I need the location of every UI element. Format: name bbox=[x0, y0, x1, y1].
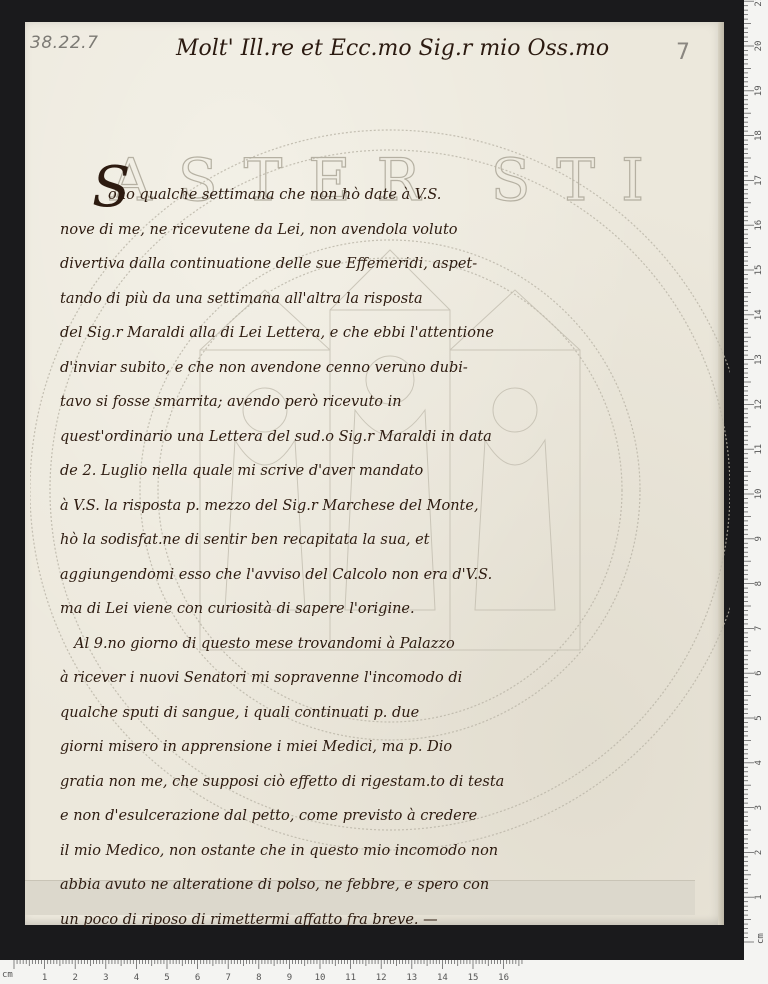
svg-text:18: 18 bbox=[754, 130, 764, 141]
letter-line: quest'ordinario una Lettera del sud.o Si… bbox=[60, 420, 710, 455]
letter-line: qualche sputi di sangue, i quali continu… bbox=[60, 696, 710, 731]
letter-line: Al 9.no giorno di questo mese trovandomi… bbox=[60, 627, 710, 662]
svg-text:20: 20 bbox=[754, 41, 764, 52]
ruler-bottom-ticks: 12345678910111213141516 bbox=[0, 960, 768, 984]
svg-text:11: 11 bbox=[345, 973, 356, 983]
svg-text:16: 16 bbox=[498, 973, 509, 983]
svg-text:6: 6 bbox=[195, 973, 200, 983]
letter-line: tando di più da una settimana all'altra … bbox=[60, 282, 710, 317]
svg-text:8: 8 bbox=[754, 581, 764, 586]
svg-text:11: 11 bbox=[754, 444, 764, 455]
ruler-right-ticks: 123456789101112131415161718192021 bbox=[744, 0, 768, 960]
letter-line: hò la sodisfat.ne di sentir ben recapita… bbox=[60, 523, 710, 558]
svg-text:9: 9 bbox=[754, 536, 764, 541]
svg-text:1: 1 bbox=[42, 973, 47, 983]
letter-line: à V.S. la risposta p. mezzo del Sig.r Ma… bbox=[60, 489, 710, 524]
svg-text:21: 21 bbox=[754, 0, 764, 7]
svg-text:15: 15 bbox=[754, 265, 764, 276]
letter-line: gratia non me, che supposi ciò effetto d… bbox=[60, 765, 710, 800]
svg-text:13: 13 bbox=[406, 973, 417, 983]
svg-text:5: 5 bbox=[754, 715, 764, 720]
ruler-bottom: 12345678910111213141516 bbox=[0, 960, 768, 984]
svg-text:12: 12 bbox=[376, 973, 387, 983]
svg-text:8: 8 bbox=[256, 973, 261, 983]
svg-text:14: 14 bbox=[754, 309, 764, 320]
svg-text:10: 10 bbox=[754, 489, 764, 500]
svg-text:19: 19 bbox=[754, 85, 764, 96]
svg-text:2: 2 bbox=[72, 973, 77, 983]
letter-line: divertiva dalla continuatione delle sue … bbox=[60, 247, 710, 282]
letter-line: tavo si fosse smarrita; avendo però rice… bbox=[60, 385, 710, 420]
letter-line: giorni misero in apprensione i miei Medi… bbox=[60, 730, 710, 765]
letter-line: ma di Lei viene con curiosità di sapere … bbox=[60, 592, 710, 627]
svg-text:2: 2 bbox=[754, 850, 764, 855]
svg-text:7: 7 bbox=[754, 626, 764, 631]
letter-line: aggiungendomi esso che l'avviso del Calc… bbox=[60, 558, 710, 593]
svg-text:3: 3 bbox=[754, 805, 764, 810]
svg-text:12: 12 bbox=[754, 399, 764, 410]
letter-line: un poco di riposo di rimettermi affatto … bbox=[60, 903, 710, 938]
svg-text:7: 7 bbox=[225, 973, 230, 983]
svg-text:4: 4 bbox=[754, 760, 764, 765]
letter-line: d'inviar subito, e che non avendone cenn… bbox=[60, 351, 710, 386]
letter-line: abbia avuto ne alteratione di polso, ne … bbox=[60, 868, 710, 903]
letter-line: nove di me, ne ricevutene da Lei, non av… bbox=[60, 213, 710, 248]
svg-text:14: 14 bbox=[437, 973, 448, 983]
letter-salutation: Molt' Ill.re et Ecc.mo Sig.r mio Oss.mo bbox=[176, 36, 636, 61]
paper-right-edge bbox=[718, 22, 724, 925]
svg-text:9: 9 bbox=[287, 973, 292, 983]
letter-body: ono qualche settimana che non hò date à … bbox=[60, 178, 710, 937]
letter-line: il mio Medico, non ostante che in questo… bbox=[60, 834, 710, 869]
letter-line: ono qualche settimana che non hò date à … bbox=[60, 178, 710, 213]
letter-line: de 2. Luglio nella quale mi scrive d'ave… bbox=[60, 454, 710, 489]
letter-line: del Sig.r Maraldi alla di Lei Lettera, e… bbox=[60, 316, 710, 351]
ruler-right-unit: cm bbox=[756, 933, 766, 944]
svg-text:10: 10 bbox=[315, 973, 326, 983]
svg-text:13: 13 bbox=[754, 354, 764, 365]
catalog-number: 38.22.7 bbox=[30, 33, 98, 53]
ruler-corner bbox=[744, 960, 768, 984]
svg-text:6: 6 bbox=[754, 670, 764, 675]
letter-line: e non d'esulcerazione dal petto, come pr… bbox=[60, 799, 710, 834]
svg-text:15: 15 bbox=[468, 973, 479, 983]
folio-number: 7 bbox=[676, 40, 690, 65]
svg-text:17: 17 bbox=[754, 175, 764, 186]
svg-text:16: 16 bbox=[754, 220, 764, 231]
svg-text:1: 1 bbox=[754, 894, 764, 899]
ruler-bottom-unit: cm bbox=[2, 970, 13, 980]
letter-line: à ricever i nuovi Senatori mi sopravenne… bbox=[60, 661, 710, 696]
svg-text:5: 5 bbox=[164, 973, 169, 983]
svg-text:3: 3 bbox=[103, 973, 108, 983]
svg-text:4: 4 bbox=[134, 973, 139, 983]
ruler-right: 123456789101112131415161718192021 bbox=[744, 0, 768, 960]
